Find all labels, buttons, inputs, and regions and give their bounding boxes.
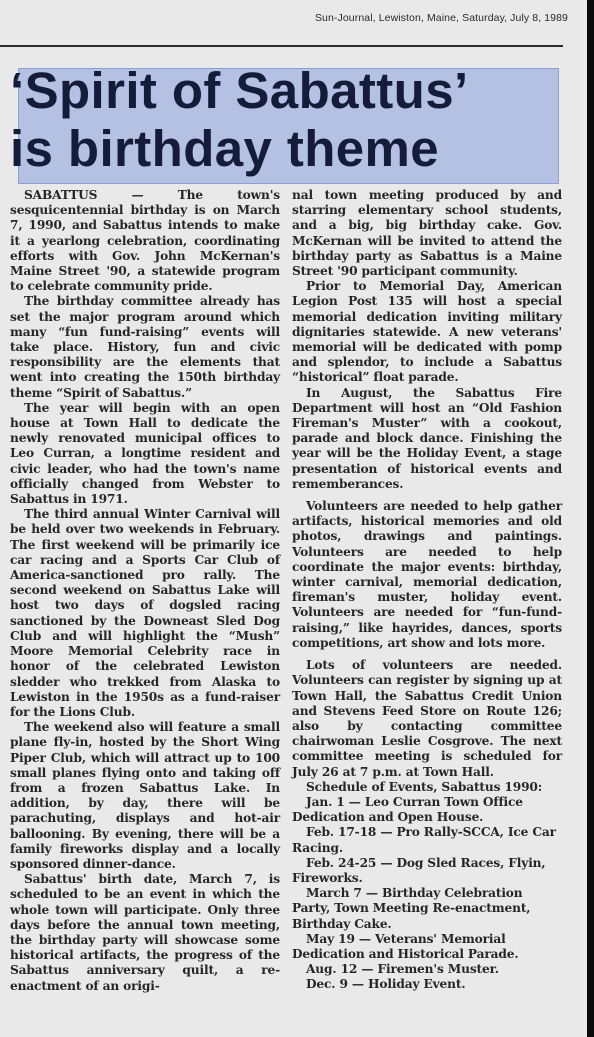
schedule-item: Jan. 1 — Leo Curran Town Office Dedicati…	[292, 795, 562, 825]
paragraph: Volunteers are needed to help gather art…	[292, 499, 562, 651]
paragraph: The year will begin with an open house a…	[10, 401, 280, 507]
article-column-left: SABATTUS — The town's sesquicentennial b…	[10, 188, 280, 994]
headline-line-2: is birthday theme	[10, 120, 469, 178]
schedule-item: May 19 — Veterans' Memorial Dedication a…	[292, 932, 562, 962]
schedule-item: Aug. 12 — Firemen's Muster.	[292, 962, 562, 977]
paragraph: Prior to Memorial Day, American Legion P…	[292, 279, 562, 385]
paragraph: The weekend also will feature a small pl…	[10, 720, 280, 872]
masthead-rule	[0, 45, 563, 47]
paragraph: nal town meeting produced by and starrin…	[292, 188, 562, 279]
paragraph: Sabattus' birth date, March 7, is schedu…	[10, 872, 280, 994]
schedule-item: March 7 — Birthday Celebration Party, To…	[292, 886, 562, 932]
paragraph: SABATTUS — The town's sesquicentennial b…	[10, 188, 280, 294]
paragraph: The birthday committee already has set t…	[10, 294, 280, 400]
newspaper-masthead: Sun-Journal, Lewiston, Maine, Saturday, …	[315, 12, 568, 24]
paragraph: The third annual Winter Carnival will be…	[10, 507, 280, 720]
schedule-title: Schedule of Events, Sabattus 1990:	[292, 780, 562, 795]
paragraph: Lots of volunteers are needed. Volunteer…	[292, 658, 562, 780]
article-column-right: nal town meeting produced by and starrin…	[292, 188, 562, 994]
page-edge-border	[587, 0, 594, 1037]
paragraph: In August, the Sabattus Fire Department …	[292, 386, 562, 492]
article-body: SABATTUS — The town's sesquicentennial b…	[10, 188, 582, 994]
schedule-item: Dec. 9 — Holiday Event.	[292, 977, 562, 992]
article-headline: ‘Spirit of Sabattus’ is birthday theme	[10, 62, 469, 178]
schedule-item: Feb. 17-18 — Pro Rally-SCCA, Ice Car Rac…	[292, 825, 562, 855]
schedule-item: Feb. 24-25 — Dog Sled Races, Flyin, Fire…	[292, 856, 562, 886]
headline-line-1: ‘Spirit of Sabattus’	[10, 62, 469, 120]
